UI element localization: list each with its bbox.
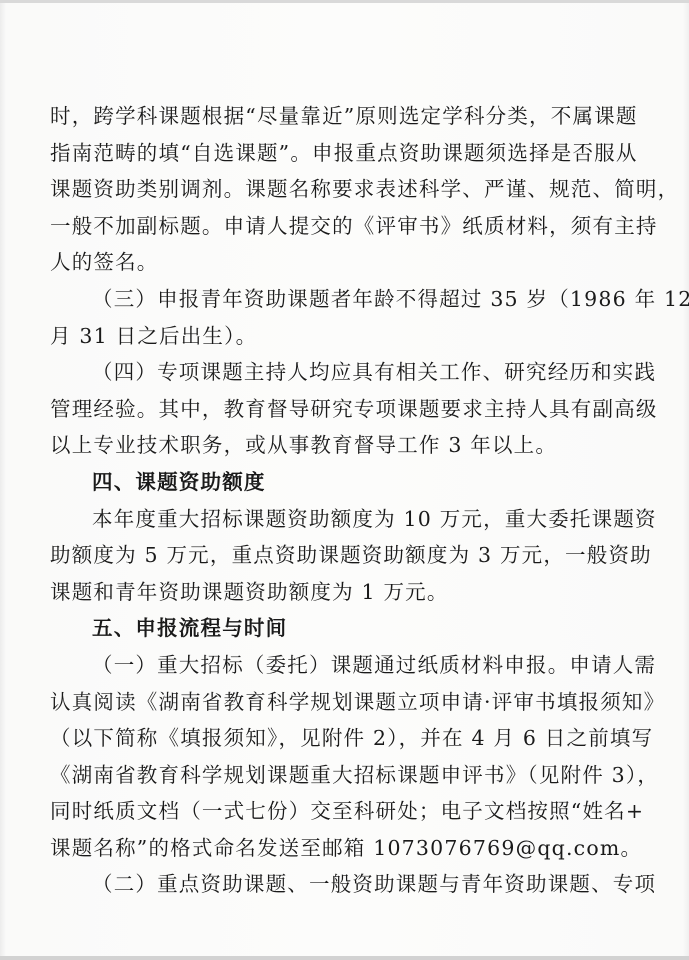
paragraph-line: 课题资助类别调剂。课题名称要求表述科学、严谨、规范、简明， [50,171,602,208]
paragraph-line: 月 31 日之后出生）。 [50,318,602,355]
paragraph-line: 时，跨学科课题根据“尽量靠近”原则选定学科分类，不属课题 [50,98,602,135]
paragraph-line: 指南范畴的填“自选课题”。申报重点资助课题须选择是否服从 [50,135,602,172]
paragraph-line: 助额度为 5 万元，重点资助课题资助额度为 3 万元，一般资助 [50,537,602,574]
paragraph-line: 课题和青年资助课题资助额度为 1 万元。 [50,574,602,611]
paragraph-line: （一）重大招标（委托）课题通过纸质材料申报。申请人需 [50,647,602,684]
paragraph-line: 人的签名。 [50,244,602,281]
paragraph-line: 以上专业技术职务，或从事教育督导工作 3 年以上。 [50,427,602,464]
paragraph-line: （以下简称《填报须知》，见附件 2），并在 4 月 6 日之前填写 [50,720,602,757]
paragraph-line: 同时纸质文档（一式七份）交至科研处；电子文档按照“姓名+ [50,793,602,830]
page-bottom-edge [0,956,689,960]
paragraph-line: （三）申报青年资助课题者年龄不得超过 35 岁（1986 年 12 [50,281,602,318]
paragraph-line: （二）重点资助课题、一般资助课题与青年资助课题、专项 [50,866,602,903]
scanned-page: 时，跨学科课题根据“尽量靠近”原则选定学科分类，不属课题 指南范畴的填“自选课题… [0,0,689,960]
section-heading: 五、申报流程与时间 [50,610,602,647]
paragraph-line: 管理经验。其中，教育督导研究专项课题要求主持人具有副高级 [50,391,602,428]
paragraph-line: 一般不加副标题。申请人提交的《评审书》纸质材料，须有主持 [50,208,602,245]
page-top-edge [0,0,689,3]
paragraph-line: （四）专项课题主持人均应具有相关工作、研究经历和实践 [50,354,602,391]
paragraph-line: 认真阅读《湖南省教育科学规划课题立项申请·评审书填报须知》 [50,684,602,721]
email-line: 课题名称”的格式命名发送至邮箱 1073076769@qq.com。 [50,830,602,867]
section-heading: 四、课题资助额度 [50,464,602,501]
document-body: 时，跨学科课题根据“尽量靠近”原则选定学科分类，不属课题 指南范畴的填“自选课题… [50,98,602,903]
paragraph-line: 本年度重大招标课题资助额度为 10 万元，重大委托课题资 [50,501,602,538]
paragraph-line: 《湖南省教育科学规划课题重大招标课题申评书》（见附件 3）， [50,757,602,794]
